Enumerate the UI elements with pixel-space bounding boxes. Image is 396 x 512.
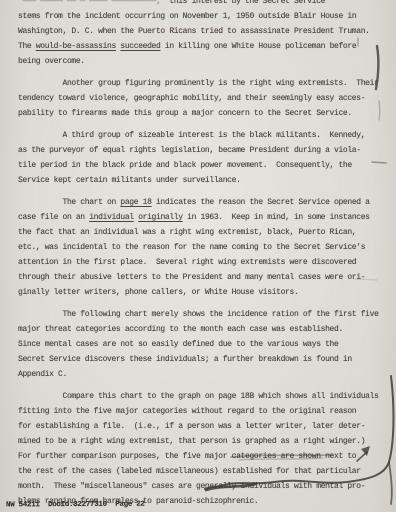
- text-segment: month. These "miscellaneous" cases are g…: [18, 482, 365, 491]
- text-segment: being overcome.: [18, 57, 85, 66]
- text-line: case file on an individual originally in…: [18, 210, 396, 225]
- archive-footer-stamp: NW 54211 DocId:32277310 Page 22: [6, 501, 145, 510]
- text-segment: for establishing a file. (i.e., if a per…: [18, 422, 365, 431]
- text-segment: mined to be a right wing extremist, that…: [18, 437, 365, 446]
- text-segment: The chart on: [18, 198, 120, 207]
- text-segment: Compare this chart to the graph on page …: [18, 392, 379, 401]
- text-line: for establishing a file. (i.e., if a per…: [18, 419, 396, 434]
- text-line: month. These "miscellaneous" cases are g…: [18, 479, 396, 494]
- text-segment: ——— ————— —— — ———— ——————————;: [18, 0, 169, 6]
- text-segment: Another group figuring prominently is th…: [18, 79, 379, 88]
- text-segment: the rest of the cases (labeled miscellan…: [18, 467, 361, 476]
- text-segment: Service kept certain militants under sur…: [18, 176, 241, 185]
- text-segment: The: [18, 42, 36, 51]
- text-line: The following chart merely shows the inc…: [18, 307, 396, 322]
- text-line: as the purveyor of equal rights legislat…: [18, 143, 396, 158]
- text-line: attention in the first place. Several ri…: [18, 255, 396, 270]
- text-line: etc., was incidental to the reason for t…: [18, 240, 396, 255]
- text-line: major threat categories according to the…: [18, 322, 396, 337]
- text-segment: Secret Service discovers these individua…: [18, 355, 352, 364]
- text-segment: as the purveyor of equal rights legislat…: [18, 146, 361, 155]
- text-segment: major threat categories according to the…: [18, 325, 343, 334]
- text-line: ——— ————— —— — ———— ——————————; this int…: [18, 0, 396, 9]
- text-line: For further comparison purposes, the fiv…: [18, 449, 396, 464]
- text-line: the fact that an individual was a right …: [18, 225, 396, 240]
- underlined-text: individual: [89, 213, 134, 222]
- underlined-text: would-be-assassins: [36, 42, 116, 51]
- text-segment: Washington, D. C. when the Puerto Ricans…: [18, 27, 370, 36]
- text-line: pability to firearms made this group a m…: [18, 106, 396, 121]
- text-line: the rest of the cases (labeled miscellan…: [18, 464, 396, 479]
- scanned-document-page: { "page": { "background": "#e9e6e1", "in…: [0, 0, 396, 512]
- text-line: being overcome.: [18, 54, 396, 69]
- text-segment: Appendix C.: [18, 370, 67, 379]
- text-line: The would-be-assassins succeeded in kill…: [18, 39, 396, 54]
- text-line: Service kept certain militants under sur…: [18, 173, 396, 188]
- text-segment: tile period in the black pride and black…: [18, 161, 352, 170]
- text-line: Appendix C.: [18, 367, 396, 382]
- underlined-text: originally: [138, 213, 183, 222]
- text-line: Since mental cases are not so easily def…: [18, 337, 396, 352]
- text-segment: ginally letter writers, phone callers, o…: [18, 288, 298, 297]
- text-segment: this interest by the Secret Service: [169, 0, 325, 6]
- text-line: tendency toward violence, geographic mob…: [18, 91, 396, 106]
- text-segment: Since mental cases are not so easily def…: [18, 340, 338, 349]
- text-segment: pability to firearms made this group a m…: [18, 109, 352, 118]
- text-segment: in 1963. Keep in mind, in some instances: [183, 213, 370, 222]
- text-segment: etc., was incidental to the reason for t…: [18, 243, 365, 252]
- text-segment: in killing one White House policeman bef…: [160, 42, 356, 51]
- text-segment: fitting into the five major categories w…: [18, 407, 356, 416]
- document-body: ——— ————— —— — ———— ——————————; this int…: [18, 0, 396, 509]
- text-segment: stems from the incident occurring on Nov…: [18, 12, 356, 21]
- text-line: A third group of sizeable interest is th…: [18, 128, 396, 143]
- text-segment: A third group of sizeable interest is th…: [18, 131, 365, 140]
- text-line: Compare this chart to the graph on page …: [18, 389, 396, 404]
- underlined-text: succeeded: [120, 42, 160, 51]
- text-segment: the fact that an individual was a right …: [18, 228, 356, 237]
- text-line: Another group figuring prominently is th…: [18, 76, 396, 91]
- text-segment: through their abusive letters to the Pre…: [18, 273, 365, 282]
- text-segment: tendency toward violence, geographic mob…: [18, 94, 365, 103]
- text-line: ginally letter writers, phone callers, o…: [18, 285, 396, 300]
- text-segment: indicates the reason the Secret Service …: [152, 198, 370, 207]
- text-line: tile period in the black pride and black…: [18, 158, 396, 173]
- text-line: Washington, D. C. when the Puerto Ricans…: [18, 24, 396, 39]
- text-line: fitting into the five major categories w…: [18, 404, 396, 419]
- underlined-text: page 18: [120, 198, 151, 207]
- text-segment: attention in the first place. Several ri…: [18, 258, 356, 267]
- text-segment: case file on an: [18, 213, 89, 222]
- text-line: The chart on page 18 indicates the reaso…: [18, 195, 396, 210]
- text-line: through their abusive letters to the Pre…: [18, 270, 396, 285]
- text-segment: The following chart merely shows the inc…: [18, 310, 379, 319]
- text-line: Secret Service discovers these individua…: [18, 352, 396, 367]
- text-segment: For further comparison purposes, the fiv…: [18, 452, 356, 461]
- text-line: stems from the incident occurring on Nov…: [18, 9, 396, 24]
- text-line: mined to be a right wing extremist, that…: [18, 434, 396, 449]
